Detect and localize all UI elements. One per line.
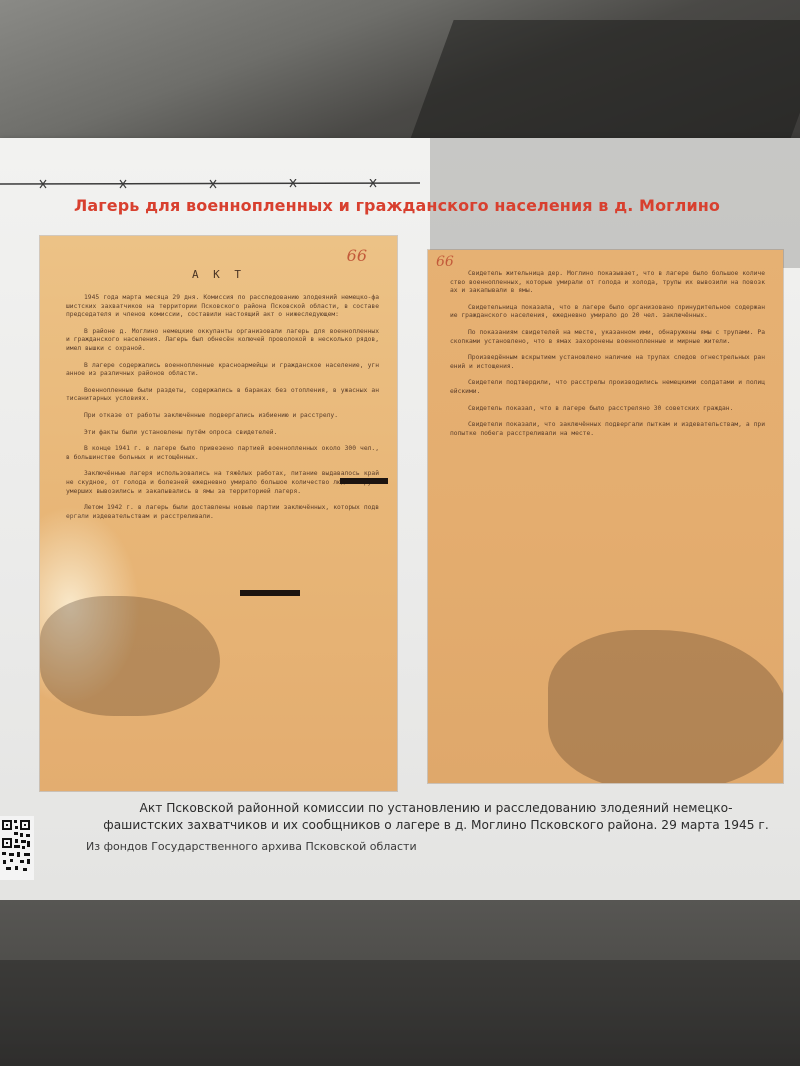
paragraph: 1945 года марта месяца 29 дня. Комиссия … xyxy=(66,294,379,320)
shadow xyxy=(40,596,220,716)
barbed-wire-icon xyxy=(0,174,420,184)
shadow xyxy=(406,20,800,150)
archive-source: Из фондов Государственного архива Псковс… xyxy=(86,840,417,853)
paragraph: По показаниям свидетелей на месте, указа… xyxy=(450,329,765,346)
shadow xyxy=(0,960,800,1066)
paragraph: Летом 1942 г. в лагерь были доставлены н… xyxy=(66,504,379,521)
paragraph: Произведённым вскрытием установлено нали… xyxy=(450,354,765,371)
pavement-top xyxy=(0,0,800,140)
paragraph: Свидетель жительница дер. Моглино показы… xyxy=(450,270,765,296)
paragraph: В конце 1941 г. в лагере было привезено … xyxy=(66,445,379,462)
page-number: 66 xyxy=(347,246,367,265)
shadow xyxy=(548,630,783,783)
paragraph: Свидетели показали, что заключённых подв… xyxy=(450,421,765,438)
redaction-mark xyxy=(340,478,388,484)
caption-line-1: Акт Псковской районной комиссии по устан… xyxy=(86,800,786,817)
document-body: Свидетель жительница дер. Моглино показы… xyxy=(450,270,765,446)
paragraph: Свидетельница показала, что в лагере был… xyxy=(450,304,765,321)
exhibit-title: Лагерь для военнопленных и гражданского … xyxy=(74,196,774,215)
page-number: 66 xyxy=(436,254,454,270)
paragraph: Свидетель показал, что в лагере было рас… xyxy=(450,405,765,414)
qr-code-icon[interactable] xyxy=(0,816,34,880)
light-glare xyxy=(40,506,140,706)
paragraph: В районе д. Моглино немецкие оккупанты о… xyxy=(66,328,379,354)
exhibit-caption: Акт Псковской районной комиссии по устан… xyxy=(86,800,786,834)
paragraph: Свидетели подтвердили, что расстрелы про… xyxy=(450,379,765,396)
paragraph: При отказе от работы заключённые подверг… xyxy=(66,412,379,421)
redaction-mark xyxy=(240,590,300,596)
document-page-left: 66 А К Т 1945 года марта месяца 29 дня. … xyxy=(40,236,397,791)
document-heading: А К Т xyxy=(40,268,397,281)
paragraph: В лагере содержались военнопленные красн… xyxy=(66,362,379,379)
document-body: 1945 года марта месяца 29 дня. Комиссия … xyxy=(66,294,379,529)
paragraph: Эти факты были установлены путём опроса … xyxy=(66,429,379,438)
paragraph: Военнопленные были раздеты, содержались … xyxy=(66,387,379,404)
document-page-right: 66 Свидетель жительница дер. Моглино пок… xyxy=(428,250,783,783)
paragraph: Заключённые лагеря использовались на тяж… xyxy=(66,470,379,496)
caption-line-2: фашистских захватчиков и их сообщников о… xyxy=(86,817,786,834)
pavement-bottom xyxy=(0,900,800,1066)
